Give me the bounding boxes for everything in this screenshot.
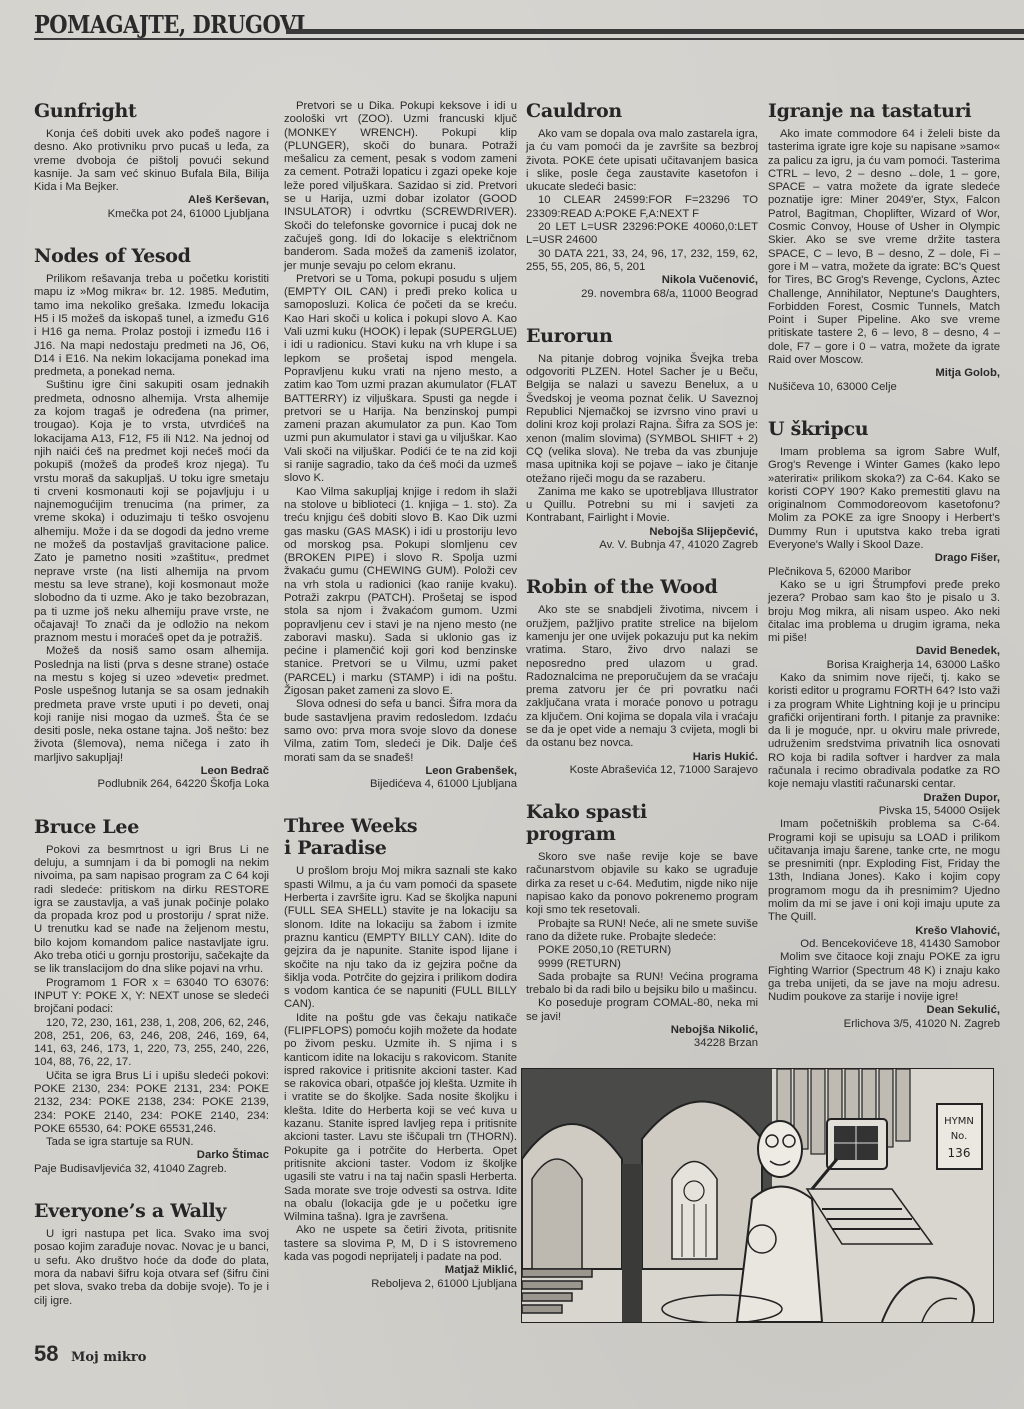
header-rule-divider [34,38,1024,40]
illustration-drawing-icon: HYMN No. 136 [522,1069,993,1322]
article-eurorun: Eurorun Na pitanje dobrog vojnika Švejka… [526,325,758,552]
author-name: Darko Štimac [34,1149,269,1162]
author-address: Od. Bencekovićeve 18, 41430 Samobor [768,938,1000,951]
article-paragraph: Pretvori se u Toma, pokupi posudu s ulje… [284,273,517,486]
article-paragraph: Molim sve čitaoce koji znaju POKE za igr… [768,951,1000,1004]
author-address: Reboljeva 2, 61000 Ljubljana [284,1278,517,1291]
author-address: Koste Abraševića 12, 71000 Sarajevo [526,764,758,777]
author-name: David Benedek, [768,645,1000,658]
article-paragraph: Pokovi za besmrtnost u igri Brus Li ne d… [34,844,269,977]
author-name: Krešo Vlahović, [768,925,1000,938]
column-3: Cauldron Ako vam se dopala ova malo zast… [526,100,758,1075]
code-line: 30 DATA 221, 33, 24, 96, 17, 232, 159, 6… [526,248,758,275]
magazine-page: POMAGAJTE, DRUGOVI Gunfright Konja ćeš d… [0,0,1024,1409]
article-paragraph: Ako imate commodore 64 i želeli biste da… [768,128,1000,367]
author-address: Borisa Kraigherja 14, 63000 Laško [768,659,1000,672]
author-address: Kmečka pot 24, 61000 Ljubljana [34,208,269,221]
article-nodes-of-yesod: Nodes of Yesod Prilikom rešavanja treba … [34,245,269,792]
author-address: Podlubnik 264, 64220 Škofja Loka [34,778,269,791]
author-name: Leon Grabenšek, [284,765,517,778]
article-paragraph: Ako vam se dopala ova malo zastarela igr… [526,128,758,194]
author-name: Dražen Dupor, [768,792,1000,805]
article-paragraph: Idite na poštu gde vas čekaju natikače (… [284,1012,517,1225]
article-paragraph: Suštinu igre čini sakupiti osam jednakih… [34,379,269,645]
code-line: 20 LET L=USR 23296:POKE 40060,0:LET L=US… [526,221,758,248]
author-address: Plečnikova 5, 62000 Maribor [768,566,1000,579]
data-listing: 120, 72, 230, 161, 238, 1, 208, 206, 62,… [34,1017,269,1070]
author-name: Matjaž Miklić, [284,1264,517,1277]
article-paragraph: Učita se igra Brus Li i upišu sledeći po… [34,1070,269,1136]
article-kako-spasti-program: Kako spastiprogram Skoro sve naše revije… [526,801,758,1050]
author-name: Mitja Golob, [768,367,1000,380]
article-paragraph: Na pitanje dobrog vojnika Švejka treba o… [526,353,758,486]
article-title: Eurorun [526,325,758,347]
title-line: Kako spasti [526,801,647,823]
article-title: Gunfright [34,100,269,122]
article-title: U škripcu [768,418,1000,440]
column-1: Gunfright Konja ćeš dobiti uvek ako pođe… [34,100,269,1332]
article-paragraph: Kako se u igri Štrumpfovi pređe preko je… [768,579,1000,645]
svg-text:No.: No. [951,1131,968,1142]
author-address: 29. novembra 68/a, 11000 Beograd [526,288,758,301]
author-name: Leon Bedrač [34,765,269,778]
article-paragraph: Konja ćeš dobiti uvek ako pođeš nagore i… [34,128,269,194]
column-4: Igranje na tastaturi Ako imate commodore… [768,100,1000,1055]
article-cauldron: Cauldron Ako vam se dopala ova malo zast… [526,100,758,301]
code-line: 10 CLEAR 24599:FOR F=23296 TO 23309:READ… [526,194,758,221]
article-paragraph: Imam problema sa igrom Sabre Wulf, Grog'… [768,446,1000,552]
article-everyones-a-wally-continued: Pretvori se u Dika. Pokupi keksove i idi… [284,100,517,791]
article-paragraph: Ako ne uspete sa četiri života, pritisni… [284,1224,517,1264]
author-name: Haris Hukić. [526,751,758,764]
article-paragraph: Programom 1 FOR x = 63040 TO 63076: INPU… [34,977,269,1017]
section-title: POMAGAJTE, DRUGOVI [34,10,305,39]
header-bar-divider [286,29,1024,34]
article-paragraph: Skoro sve naše revije koje se bave račun… [526,851,758,917]
author-address: Bijedićeva 4, 61000 Ljubljana [284,778,517,791]
author-name: Nebojša Slijepčević, [526,526,758,539]
author-address: 34228 Brzan [526,1037,758,1050]
article-title: Everyone’s a Wally [34,1200,269,1222]
article-paragraph: Kao Vilma sakupljaj knjige i redom ih sl… [284,486,517,699]
column-2: Pretvori se u Dika. Pokupi keksove i idi… [284,100,517,1315]
article-bruce-lee: Bruce Lee Pokovi za besmrtnost u igri Br… [34,816,269,1176]
article-paragraph: Prilikom rešavanja treba u početku koris… [34,273,269,379]
article-paragraph: Sada probajte sa RUN! Većina programa tr… [526,971,758,998]
article-three-weeks-in-paradise: Three Weeksi Paradise U prošlom broju Mo… [284,815,517,1291]
article-paragraph: U prošlom broju Moj mikra saznali ste ka… [284,865,517,1011]
article-title: Igranje na tastaturi [768,100,1000,122]
page-footer: 58 Moj mikro [34,1341,146,1367]
article-paragraph: Ako ste se snabdjeli životima, nivcem i … [526,604,758,750]
page-number: 58 [34,1341,58,1366]
article-gunfright: Gunfright Konja ćeš dobiti uvek ako pođe… [34,100,269,221]
author-name: Dean Sekulić, [768,1004,1000,1017]
author-address: Pivska 15, 54000 Osijek [768,805,1000,818]
article-title: Kako spastiprogram [526,801,758,845]
author-address: Nušičeva 10, 63000 Celje [768,381,1000,394]
article-title: Nodes of Yesod [34,245,269,267]
article-title: Robin of the Wood [526,576,758,598]
article-igranje-na-tastaturi: Igranje na tastaturi Ako imate commodore… [768,100,1000,394]
author-address: Erlichova 3/5, 41020 N. Zagreb [768,1018,1000,1031]
svg-text:HYMN: HYMN [944,1116,974,1127]
article-paragraph: Zanima me kako se upotrebljava Illustrat… [526,486,758,526]
author-name: Drago Fišer, [768,552,1000,565]
author-address: Av. V. Bubnja 47, 41020 Zagreb [526,539,758,552]
article-paragraph: Ko poseduje program COMAL-80, neka mi se… [526,997,758,1024]
article-title: Three Weeksi Paradise [284,815,517,859]
article-paragraph: Pretvori se u Dika. Pokupi keksove i idi… [284,100,517,273]
article-title: Cauldron [526,100,758,122]
title-line: i Paradise [284,837,387,859]
page-header: POMAGAJTE, DRUGOVI [34,4,1024,38]
article-paragraph: Kako da snimim nove riječi, tj. kako se … [768,672,1000,792]
article-paragraph: Imam početniških problema sa C-64. Progr… [768,818,1000,924]
code-line: 9999 (RETURN) [526,958,758,971]
title-line: program [526,823,616,845]
author-name: Nebojša Nikolić, [526,1024,758,1037]
organist-computer-illustration: HYMN No. 136 [521,1068,994,1323]
code-line: POKE 2050,10 (RETURN) [526,944,758,957]
article-paragraph: Probajte sa RUN! Neće, ali ne smete suvi… [526,918,758,945]
svg-text:136: 136 [948,1146,971,1160]
article-paragraph: Možeš da nosiš samo osam alhemija. Posle… [34,645,269,765]
magazine-name: Moj mikro [71,1350,147,1365]
article-paragraph: Slova odnesi do sefa u banci. Šifra mora… [284,698,517,764]
article-paragraph: U igri nastupa pet lica. Svako ima svoj … [34,1228,269,1308]
title-line: Three Weeks [284,815,417,837]
article-title: Bruce Lee [34,816,269,838]
author-address: Paje Budisavljevića 32, 41040 Zagreb. [34,1163,269,1176]
article-u-skripcu: U škripcu Imam problema sa igrom Sabre W… [768,418,1000,1031]
article-everyones-a-wally: Everyone’s a Wally U igri nastupa pet li… [34,1200,269,1308]
article-robin-of-the-wood: Robin of the Wood Ako ste se snabdjeli ž… [526,576,758,777]
article-paragraph: Tada se igra startuje sa RUN. [34,1136,269,1149]
author-name: Nikola Vučenović, [526,274,758,287]
author-name: Aleš Kerševan, [34,194,269,207]
